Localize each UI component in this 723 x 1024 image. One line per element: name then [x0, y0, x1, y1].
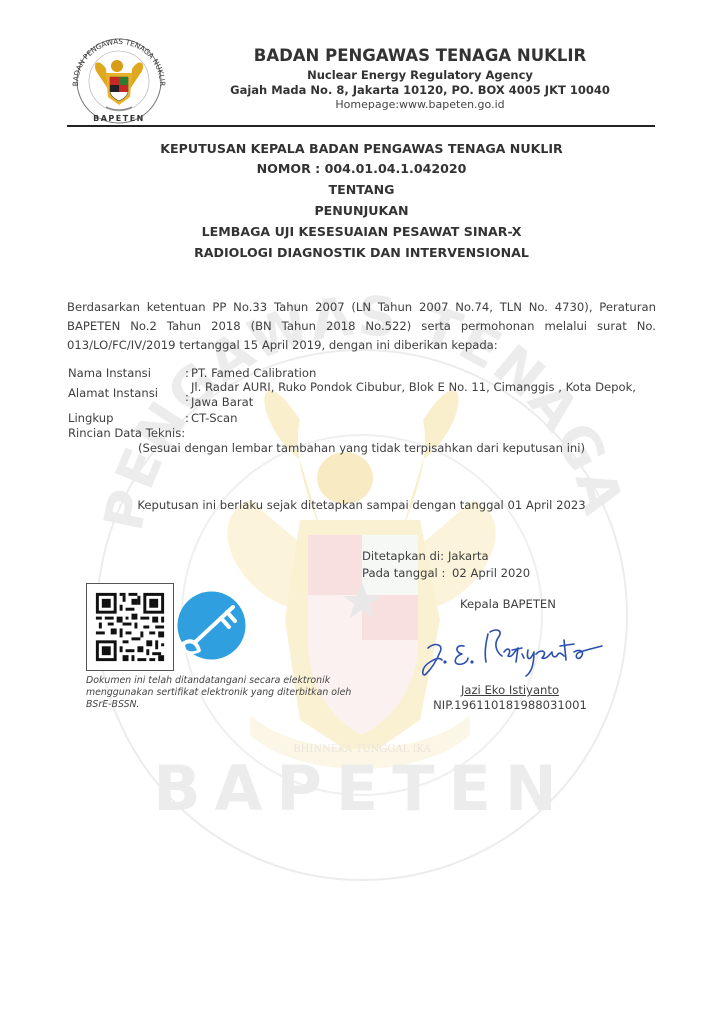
decree-number: NOMOR : 004.01.04.1.042020: [100, 161, 623, 176]
signer-nip: NIP.196110181988031001: [410, 698, 610, 712]
signer-position: Kepala BAPETEN: [460, 597, 556, 611]
place-label: Ditetapkan di:: [362, 549, 444, 563]
agency-homepage: Homepage:www.bapeten.go.id: [200, 98, 640, 111]
intro-paragraph: Berdasarkan ketentuan PP No.33 Tahun 200…: [67, 298, 656, 355]
field-label-lingkup: Lingkup: [68, 411, 113, 425]
field-value-lingkup: CT-Scan: [191, 411, 237, 425]
decree-title: KEPUTUSAN KEPALA BADAN PENGAWAS TENAGA N…: [100, 141, 623, 156]
esign-note-line2: menggunakan sertifikat elektronik yang d…: [86, 687, 366, 699]
field-value-nama-instansi: PT. Famed Calibration: [191, 366, 316, 380]
field-colon: :: [185, 411, 189, 425]
header-divider: [67, 125, 655, 127]
svg-text:BAPETEN: BAPETEN: [93, 114, 145, 123]
date-label: Pada tanggal :: [362, 566, 445, 580]
place-value: Jakarta: [448, 549, 489, 563]
field-colon: :: [185, 390, 189, 404]
svg-text:BHINNEKA TUNGGAL IKA: BHINNEKA TUNGGAL IKA: [293, 744, 431, 755]
date-value: 02 April 2020: [452, 566, 530, 580]
decree-about: TENTANG: [100, 182, 623, 197]
field-label-alamat-instansi: Alamat Instansi: [68, 386, 158, 400]
agency-address: Gajah Mada No. 8, Jakarta 10120, PO. BOX…: [200, 83, 640, 97]
key-icon: [177, 591, 246, 660]
handwritten-signature: [418, 622, 608, 678]
agency-name: BADAN PENGAWAS TENAGA NUKLIR: [200, 46, 640, 65]
decree-subject-line1: LEMBAGA UJI KESESUAIAN PESAWAT SINAR-X: [100, 224, 623, 239]
field-label-nama-instansi: Nama Instansi: [68, 366, 151, 380]
validity-statement: Keputusan ini berlaku sejak ditetapkan s…: [100, 498, 623, 512]
technical-data-note: (Sesuai dengan lembar tambahan yang tida…: [100, 441, 623, 455]
field-value-alamat-instansi-line1: Jl. Radar AURI, Ruko Pondok Cibubur, Blo…: [191, 380, 636, 394]
decree-subject-line2: RADIOLOGI DIAGNOSTIK DAN INTERVENSIONAL: [100, 245, 623, 260]
field-value-alamat-instansi-line2: Jawa Barat: [191, 395, 253, 409]
electronic-signature-note: Dokumen ini telah ditandatangani secara …: [86, 675, 366, 711]
agency-name-en: Nuclear Energy Regulatory Agency: [200, 68, 640, 82]
field-colon: :: [185, 366, 189, 380]
field-label-rincian-data-teknis: Rincian Data Teknis:: [68, 426, 185, 440]
bapeten-logo: BADAN PENGAWAS TENAGA NUKLIR BAPETEN: [66, 33, 172, 125]
esign-note-line3: BSrE-BSSN.: [86, 699, 366, 711]
decree-subject: PENUNJUKAN: [100, 203, 623, 218]
signer-name: Jazi Eko Istiyanto: [420, 683, 600, 697]
esign-note-line1: Dokumen ini telah ditandatangani secara …: [86, 675, 366, 687]
qr-code-icon[interactable]: [86, 583, 174, 671]
svg-text:BAPETEN: BAPETEN: [153, 752, 571, 825]
